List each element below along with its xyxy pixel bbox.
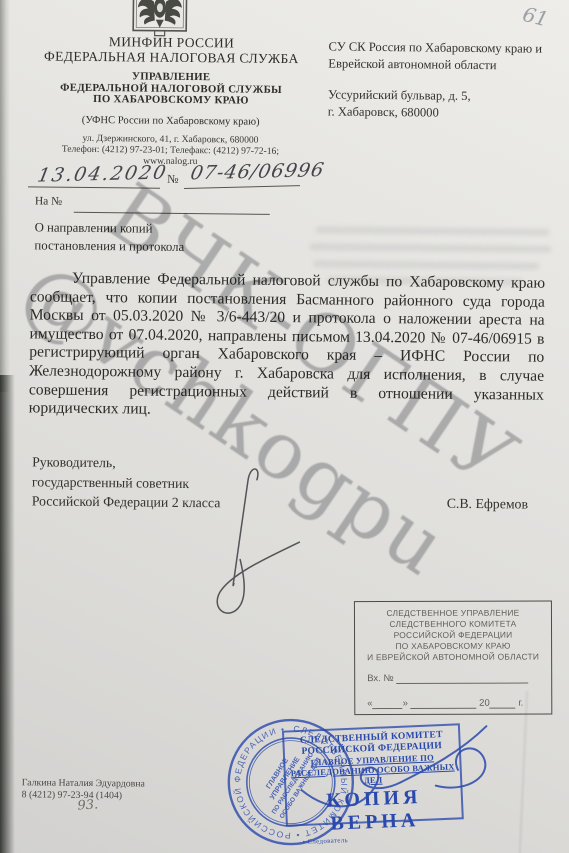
handwritten-signature-icon: [198, 461, 310, 627]
letterhead: МИНФИН РОССИИ ФЕДЕРАЛЬНАЯ НАЛОГОВАЯ СЛУЖ…: [24, 34, 317, 168]
handwritten-page-number-top: 61: [520, 2, 551, 32]
handwritten-outgoing-number: 07-46/06996: [189, 159, 327, 184]
stamp-year-suffix: г.: [518, 697, 523, 708]
incoming-stamp-org-line5: И ЕВРЕЙСКОЙ АВТОНОМНОЙ ОБЛАСТИ: [355, 651, 551, 663]
subject-line1: О направлении копий: [35, 218, 185, 238]
reply-to-label: На №: [35, 195, 62, 207]
subject-line2: постановления и протокола: [34, 236, 184, 256]
letter-content: 61 МИНФИН РОССИИ ФЕДЕРАЛЬ: [0, 0, 569, 853]
stamp-quote-close: »: [403, 697, 408, 708]
incoming-stamp-org-line2: СЛЕДСТВЕННОГО КОМИТЕТА: [355, 618, 551, 630]
recipient-line1: СУ СК Россия по Хабаровскому краю и: [328, 38, 560, 57]
incoming-stamp-org-line3: РОССИЙСКОЙ ФЕДЕРАЦИИ: [355, 629, 551, 641]
stamp-day-blank: [373, 708, 403, 709]
signature-position-line2: государственный советник: [32, 472, 221, 493]
number-sign: №: [167, 172, 179, 187]
incoming-number-blank: [396, 682, 528, 683]
coat-of-arms-icon: [132, 0, 189, 45]
reply-to-underline: [74, 212, 270, 215]
bleed-through-line: [309, 243, 551, 253]
bleed-through-line: [316, 226, 550, 235]
incoming-registration-stamp: СЛЕДСТВЕННОЕ УПРАВЛЕНИЕ СЛЕДСТВЕННОГО КО…: [354, 600, 552, 715]
handwritten-date: 13.04.2020: [36, 162, 170, 187]
body-paragraph: Управление Федеральной налоговой службы …: [29, 269, 546, 423]
recipient-block: СУ СК Россия по Хабаровскому краю и Евре…: [328, 38, 561, 121]
recipient-address-line2: г. Хабаровск, 680000: [328, 103, 560, 122]
stamp-signature-icon: [287, 712, 523, 834]
date-underline: [28, 186, 160, 188]
stamp-year-blank: [490, 707, 516, 708]
letterhead-short-name: (УФНС России по Хабаровскому краю): [25, 114, 317, 128]
signature-position-line1: Руководитель,: [32, 452, 221, 473]
stamp-year-literal: 20: [479, 697, 490, 708]
incoming-stamp-org-line4: ПО ХАБАРОВСКОМУ КРАЮ: [355, 640, 551, 652]
signature-position-line3: Российской Федерации 2 класса: [32, 491, 221, 512]
incoming-number-label: Вх. №: [367, 673, 393, 684]
recipient-line2: Еврейской автономной области: [328, 55, 560, 74]
letterhead-service: ФЕДЕРАЛЬНАЯ НАЛОГОВАЯ СЛУЖБА: [25, 49, 317, 67]
scanned-letter-page: 61 МИНФИН РОССИИ ФЕДЕРАЛЬ: [0, 0, 569, 853]
incoming-stamp-org-line1: СЛЕДСТВЕННОЕ УПРАВЛЕНИЕ: [355, 607, 551, 619]
number-underline: [184, 185, 300, 189]
handwritten-page-number-bottom: 93.: [77, 797, 99, 813]
signatory-name: С.В. Ефремов: [447, 496, 528, 513]
recipient-address-line1: Уссурийский бульвар, д. 5,: [328, 86, 560, 105]
reference-row: 13.04.2020 № 07-46/06996 На №: [0, 0, 569, 3]
subject-block: О направлении копий постановления и прот…: [34, 218, 184, 256]
stamp-month-blank: [411, 707, 477, 708]
body-text: Управление Федеральной налоговой службы …: [29, 269, 546, 423]
signature-position-block: Руководитель, государственный советник Р…: [32, 452, 221, 512]
bleed-through-line: [313, 260, 539, 269]
